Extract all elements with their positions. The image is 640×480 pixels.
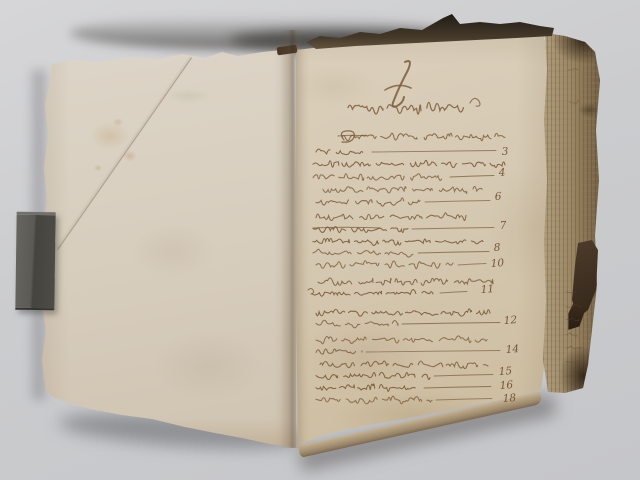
folio-number: 3 bbox=[501, 146, 509, 158]
margin-mark bbox=[308, 289, 314, 295]
dash-leader bbox=[412, 228, 494, 230]
dash-leader bbox=[372, 151, 496, 153]
script-line bbox=[316, 372, 430, 379]
script-line bbox=[323, 186, 482, 193]
dash-leader bbox=[366, 351, 500, 353]
script-line bbox=[316, 396, 432, 404]
heading-script bbox=[470, 98, 480, 106]
dash-leader bbox=[436, 399, 492, 401]
dash-leader bbox=[434, 375, 493, 377]
dash-leader bbox=[424, 387, 491, 389]
dash-leader bbox=[402, 323, 500, 325]
folio-number: 4 bbox=[497, 167, 506, 180]
script-line bbox=[316, 320, 398, 328]
header-mark bbox=[393, 61, 410, 107]
script-line bbox=[313, 238, 483, 245]
script-line bbox=[313, 174, 442, 181]
folio-number: 10 bbox=[490, 257, 504, 270]
folio-number: 16 bbox=[499, 379, 513, 392]
fore-edge-marks bbox=[566, 318, 579, 320]
script-line bbox=[318, 278, 493, 285]
folio-number: 12 bbox=[503, 314, 517, 327]
photo-stage: 3467810111214151618 bbox=[0, 0, 640, 480]
folio-number: 8 bbox=[493, 242, 501, 254]
script-line bbox=[342, 133, 505, 141]
heading-script bbox=[348, 102, 463, 114]
fore-edge-marks bbox=[566, 346, 582, 349]
script-line bbox=[316, 384, 415, 391]
fore-edge-marks bbox=[566, 305, 581, 308]
folio-number: 15 bbox=[498, 365, 512, 378]
dash-leader bbox=[458, 264, 486, 266]
script-line bbox=[313, 160, 505, 167]
folio-number: 18 bbox=[502, 392, 516, 405]
script-line bbox=[316, 261, 453, 269]
folio-number: 6 bbox=[494, 191, 502, 203]
handwriting-overlay: 3467810111214151618 bbox=[0, 0, 640, 480]
fore-edge-marks bbox=[566, 292, 576, 293]
dash-leader bbox=[418, 252, 489, 254]
dash-leader bbox=[425, 201, 490, 203]
fore-edge-marks bbox=[568, 68, 578, 70]
fore-edge-marks bbox=[569, 100, 579, 104]
folio-number: 14 bbox=[505, 343, 519, 356]
script-line bbox=[316, 149, 363, 154]
script-line bbox=[316, 349, 362, 354]
strike-through bbox=[313, 227, 380, 228]
folio-number: 11 bbox=[480, 283, 494, 296]
dash-leader bbox=[440, 292, 467, 294]
script-line bbox=[320, 361, 488, 369]
script-line bbox=[316, 198, 420, 206]
fore-edge-marks bbox=[566, 362, 580, 363]
script-line bbox=[312, 290, 433, 297]
dash-leader bbox=[450, 176, 494, 178]
script-line bbox=[313, 249, 413, 257]
folio-number: 7 bbox=[499, 220, 507, 232]
script-line bbox=[316, 309, 490, 316]
fore-edge-marks bbox=[566, 333, 577, 336]
script-line bbox=[316, 213, 466, 221]
script-line bbox=[316, 336, 487, 344]
fore-edge-marks bbox=[566, 375, 578, 377]
